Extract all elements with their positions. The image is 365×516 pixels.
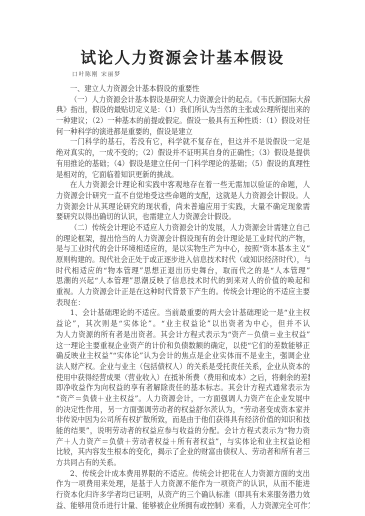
text-line: 比较，其内容发生根本的变化，揭示了企业的财富由债权人、劳动者和所有者三 xyxy=(56,447,310,458)
text-line: 时代相适应的“物本管理”思想正退出历史舞台，取而代之的是“人本管理” xyxy=(56,266,310,277)
text-line: 方共同占有的关系。 xyxy=(56,458,310,469)
text-line: 非传说中因为公司所有权扩散所致，而是由于他们获得具有经济价值的知识和技 xyxy=(56,415,310,426)
text-line: 是相对的，它面临着知识更新的挑战。 xyxy=(56,170,310,181)
text-line: 一种建议；（2）一种基本的前提或假定。假设一般具有五种性质：（1）假设对任 xyxy=(56,116,310,127)
document-page: 试论人力资源会计基本假设 口叶陈刚 宋丽梦 一、建立人力资源会计基本假设的重要性… xyxy=(0,0,365,516)
text-line: 行资本化归许多学者均已证明，从资产的三个确认标准（即具有未来服务潜力效 xyxy=(56,490,310,501)
text-line: 2、传统会计成本费用界限的不适应。传统会计把花在人力资源方面的支出 xyxy=(56,469,310,480)
text-line: 即净收益作为向权益的享有者解除责任的基本标志。其会计方程式通常表示为 xyxy=(56,383,310,394)
text-line: 这一理论主要重视企业资产的计价和负债数额的确定，以使“它们的差数能够正 xyxy=(56,341,310,352)
text-line: 是与工业时代的会计环境相适应的，是以实物生产为中心，按照“资本基本主义” xyxy=(56,244,310,255)
text-line: （二）传统会计理论不适应人力资源会计的发展，人力资源会计需建立自己 xyxy=(56,223,310,234)
text-line: （一）人力资源会计基本假设是研究人力资源会计的起点。《韦氏新国际大辞 xyxy=(56,95,310,106)
text-line: 确反映业主权益”“实体论”认为会计的焦点是企业实体而不是业主，强调企业 xyxy=(56,351,310,362)
text-line: 作为一项费用来处理，是基于人力资源不能作为一项资产的认识，从而不能进 xyxy=(56,479,310,490)
page-title: 试论人力资源会计基本假设 xyxy=(0,46,365,68)
text-line: 要研究以得出确切的认识，也需建立人力资源会计假设。 xyxy=(56,212,310,223)
text-line: 思潮的兴起“人本管理”思潮反映了信息技术时代的到来对人的价值的唤起和 xyxy=(56,276,310,287)
text-line: 法人财产权。企业与业主（包括债权人）的关系是受托责任关系，企业从资本的 xyxy=(56,362,310,373)
text-line: 原则构建的。现代社会正处于或正逐步进入信息技术时代（或知识经济时代），与之相 xyxy=(56,255,310,266)
text-line: 为人力资源的所有者是出资者。其会计方程式表示为“资产－负债＝业主权益” xyxy=(56,330,310,341)
text-line: 使用中获得经营成果（营业收入）在抵补所费（费用和成本）之后，将剩余的差数 xyxy=(56,373,310,384)
text-line: 表现在： xyxy=(56,298,310,309)
text-line: 典》指出，假设的最贴切定义是：（1）我们所认为当然的主张或公理所提出来的 xyxy=(56,105,310,116)
text-line: 1、会计基础理论的不适应。当前最重要的两大会计基础理论一是“业主权 xyxy=(56,308,310,319)
text-line: 产＋人力资产＝负债＋劳动者权益＋所有者权益”，与实体论和业主权益论相 xyxy=(56,437,310,448)
author-byline: 口叶陈刚 宋丽梦 xyxy=(72,70,121,78)
text-line: 的理论框架，提出恰当的人力资源会计假设现有的会计理论是工业时代的产物， xyxy=(56,234,310,245)
text-line: 益、能够用货币进行计量、能够被企业所拥有或控制）来看，人力资源完全可作为 xyxy=(56,501,310,512)
text-line: 重视。人力资源会计正是在这种时代背景下产生的。传统会计理论的不适应主要 xyxy=(56,287,310,298)
text-line: 的决定性作用，另一方面强调劳动者的权益舒尔茨认为，“劳动者变成资本家并 xyxy=(56,405,310,416)
article-body: 一、建立人力资源会计基本假设的重要性（一）人力资源会计基本假设是研究人力资源会计… xyxy=(56,84,310,512)
text-line: “资产＝负债＋业主权益”。人力资源会计，一方面强调人力资产在企业发展中 xyxy=(56,394,310,405)
text-line: 何一种科学的演进都是重要的，假设是建立 xyxy=(56,127,310,138)
text-line: 力资源会计从其理论研究的现状看，尚未普遍应用于实践，大量不确定现象需 xyxy=(56,202,310,213)
section-heading: 一、建立人力资源会计基本假设的重要性 xyxy=(56,84,310,95)
text-line: 能的结果”，说明劳动者的权益应参与收益的分配。会计方程式表示为“物力资 xyxy=(56,426,310,437)
text-line: 一门科学的基石，若没有它，科学就不复存在，但这并不是说假设一定是 xyxy=(56,137,310,148)
text-line: 有用推论的基础；（4）假设是建立任何一门科学理论的基础；（5）假设的真理性 xyxy=(56,159,310,170)
text-line: 在人力资源会计理论和实践中客观地存在着一些无需加以验证的命题，人 xyxy=(56,180,310,191)
text-line: 益论”，其次则是“实体论”。“业主权益论”以出资者为中心，但并不认 xyxy=(56,319,310,330)
text-line: 力资源会计研究一直不自觉地受这些命题的支配，这就是人力资源会计假设。人 xyxy=(56,191,310,202)
text-line: 绝对真实的，一成不变的；（2）假设并不证明其自身的正确性；（3）假设是提供 xyxy=(56,148,310,159)
